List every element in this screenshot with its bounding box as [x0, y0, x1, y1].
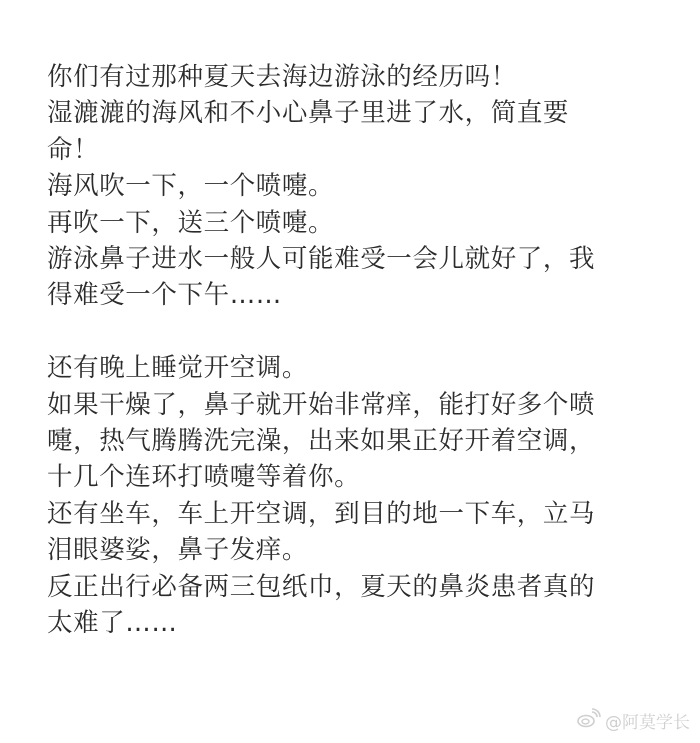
watermark: @阿莫学长	[577, 708, 690, 733]
text-line: 如果干燥了，鼻子就开始非常痒，能打好多个喷	[47, 387, 667, 423]
post-body: 你们有过那种夏天去海边游泳的经历吗！ 湿漉漉的海风和不小心鼻子里进了水，简直要 …	[47, 59, 667, 641]
paragraph-gap	[47, 314, 667, 350]
text-line: 湿漉漉的海风和不小心鼻子里进了水，简直要	[47, 95, 667, 131]
text-line: 再吹一下，送三个喷嚏。	[47, 205, 667, 241]
text-line: 海风吹一下，一个喷嚏。	[47, 168, 667, 204]
paragraph-1: 你们有过那种夏天去海边游泳的经历吗！ 湿漉漉的海风和不小心鼻子里进了水，简直要 …	[47, 59, 667, 314]
text-line: 还有晚上睡觉开空调。	[47, 350, 667, 386]
text-line: 得难受一个下午……	[47, 277, 667, 313]
text-line: 嚏，热气腾腾洗完澡，出来如果正好开着空调，	[47, 423, 667, 459]
text-line: 反正出行必备两三包纸巾，夏天的鼻炎患者真的	[47, 569, 667, 605]
text-line: 游泳鼻子进水一般人可能难受一会儿就好了，我	[47, 241, 667, 277]
weibo-icon	[577, 708, 601, 733]
watermark-text: @阿莫学长	[605, 708, 690, 733]
text-line: 泪眼婆娑，鼻子发痒。	[47, 532, 667, 568]
text-line: 你们有过那种夏天去海边游泳的经历吗！	[47, 59, 667, 95]
text-line: 还有坐车，车上开空调，到目的地一下车，立马	[47, 496, 667, 532]
text-line: 命！	[47, 132, 667, 168]
text-line: 十几个连环打喷嚏等着你。	[47, 459, 667, 495]
text-line: 太难了……	[47, 605, 667, 641]
paragraph-2: 还有晚上睡觉开空调。 如果干燥了，鼻子就开始非常痒，能打好多个喷 嚏，热气腾腾洗…	[47, 350, 667, 641]
